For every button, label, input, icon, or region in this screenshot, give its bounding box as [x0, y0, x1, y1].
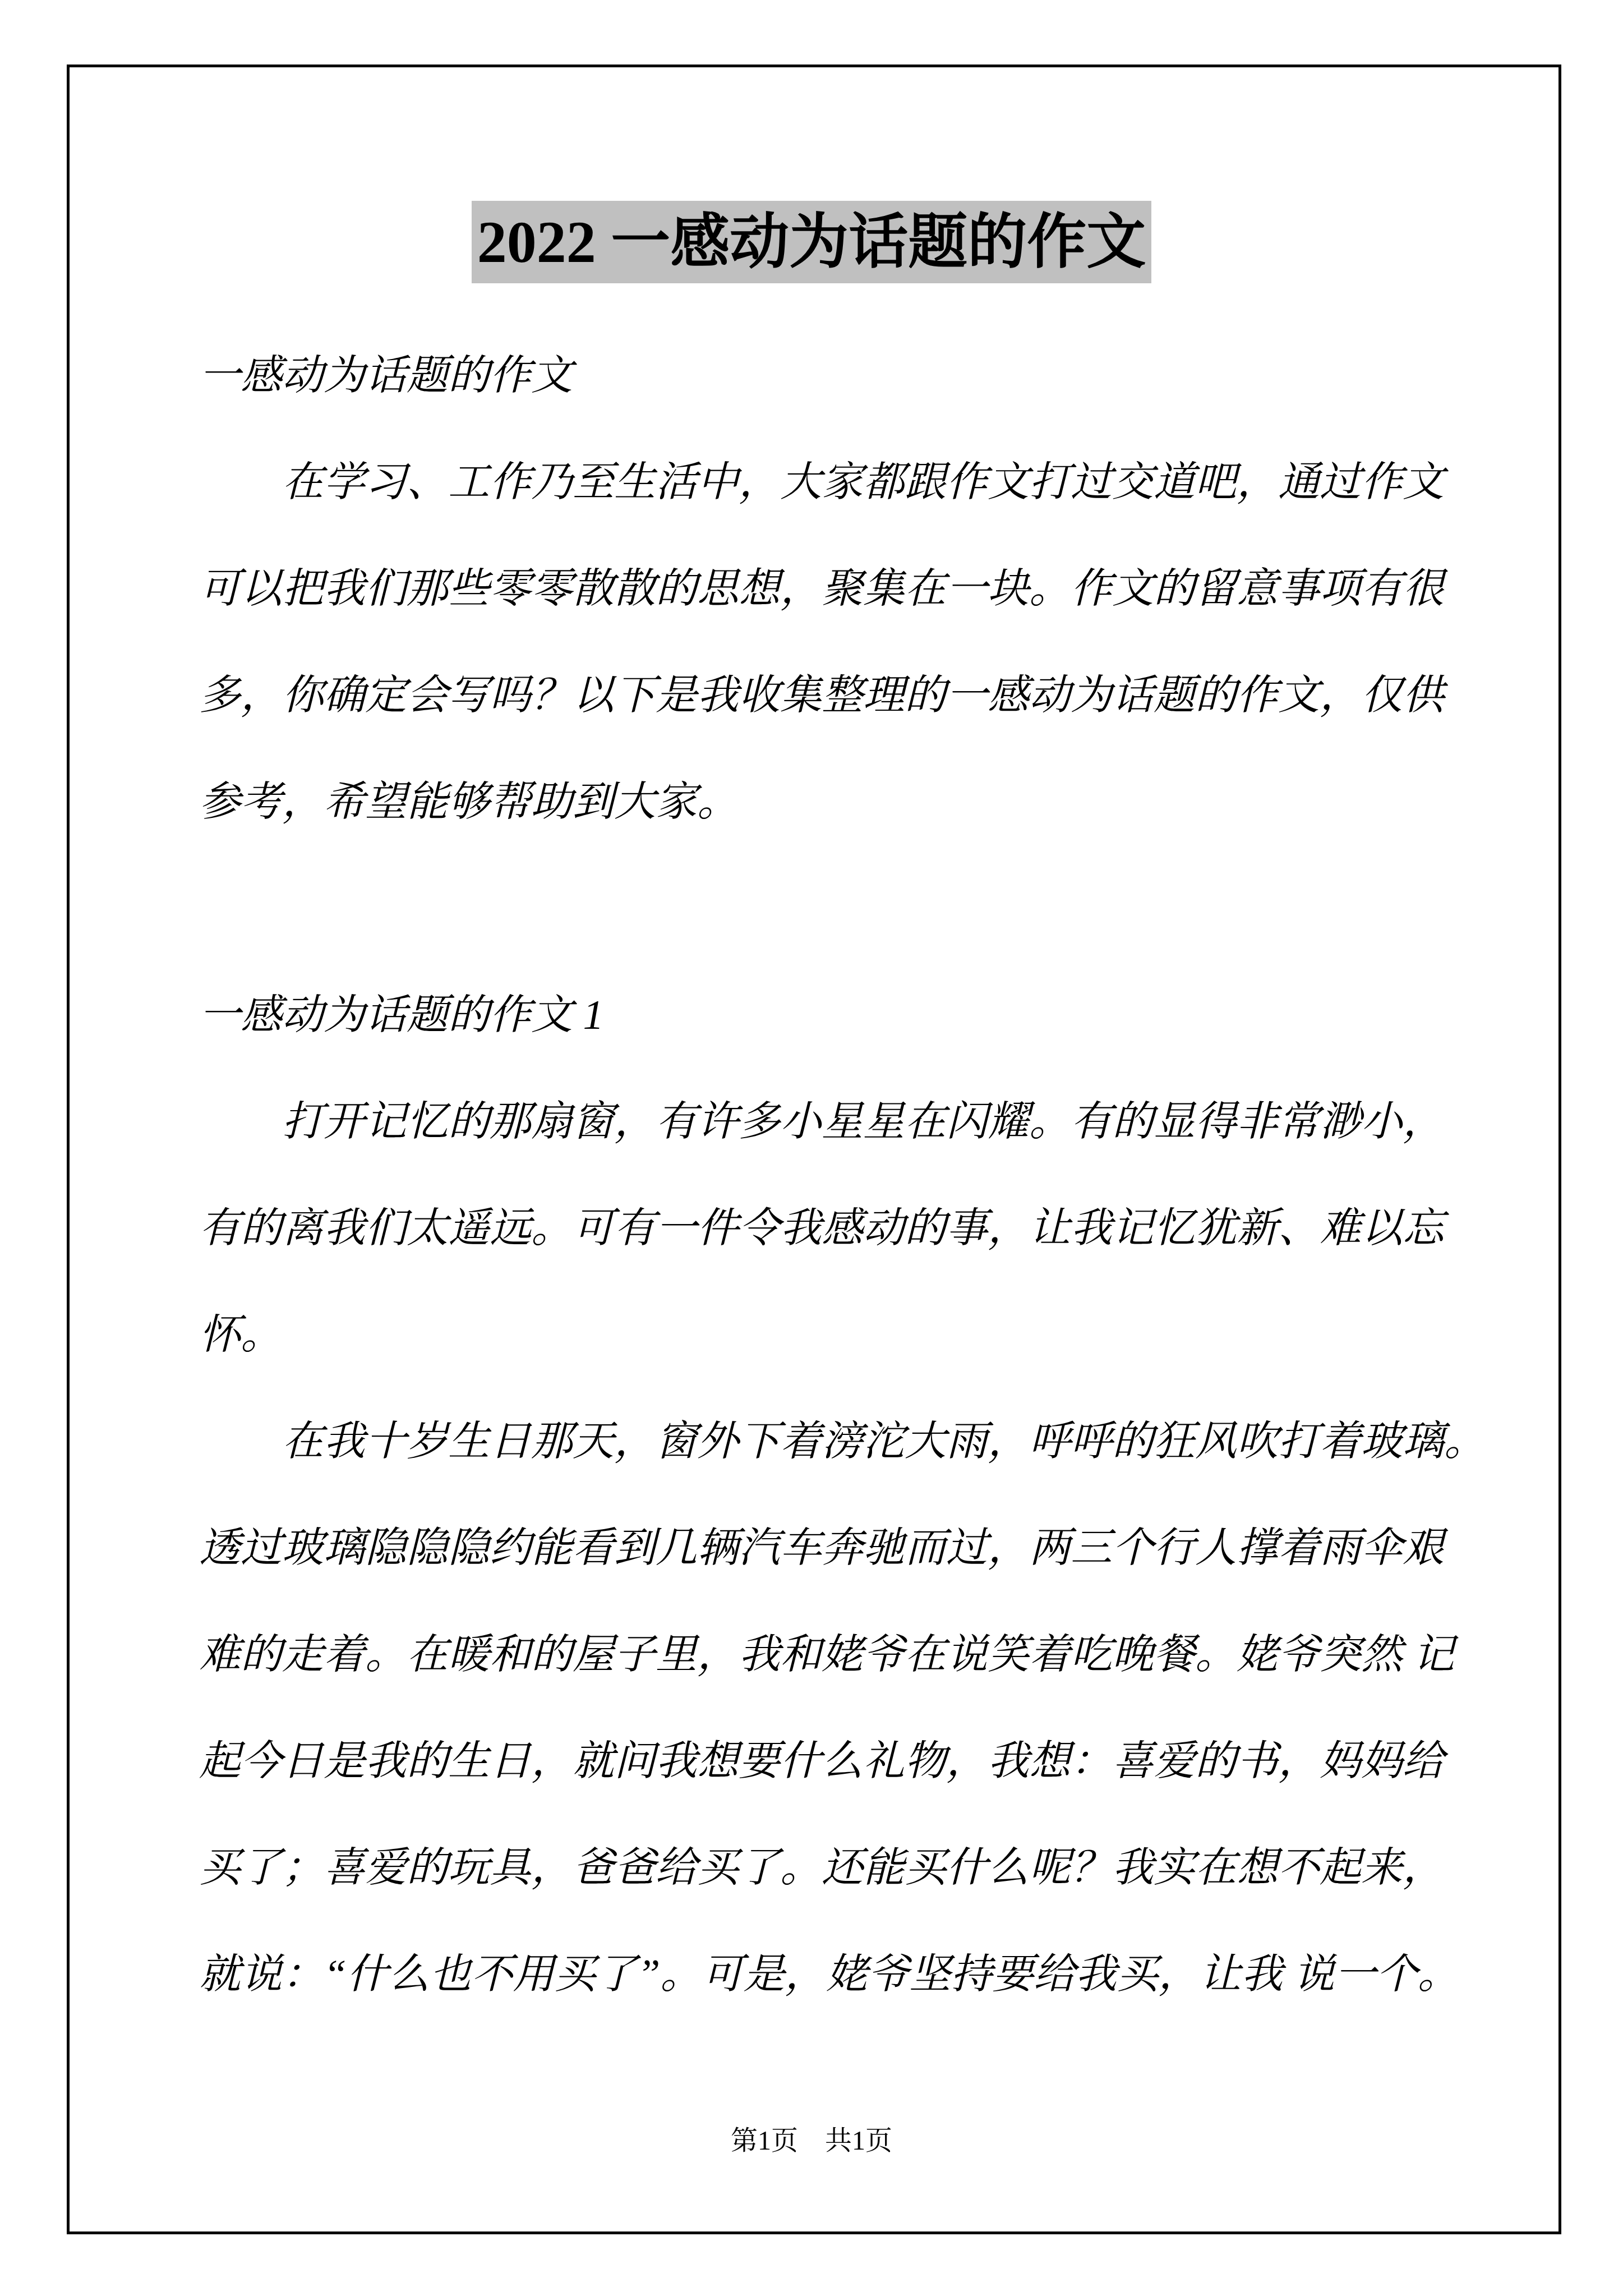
text-line: 就说：“什么也不用买了”。可是，姥爷坚持要给我买，让我 说一个。 — [199, 1921, 1450, 2028]
text-line: 打开记忆的那扇窗，有许多小星星在闪耀。有的显得非常渺小， — [199, 1069, 1450, 1175]
text-line: 透过玻璃隐隐隐约能看到几辆汽车奔驰而过，两三个行人撑着雨伞艰 — [199, 1495, 1450, 1602]
text-line: 参考，希望能够帮助到大家。 — [199, 749, 1450, 855]
text-line: 买了；喜爱的玩具，爸爸给买了。还能买什么呢？我实在想不起来， — [199, 1815, 1450, 1921]
title-row: 2022 一感动为话题的作文 — [0, 201, 1623, 283]
text-line: 有的离我们太遥远。可有一件令我感动的事，让我记忆犹新、难以忘 — [199, 1175, 1450, 1282]
text-line: 在学习、工作乃至生活中，大家都跟作文打过交道吧，通过作文 — [199, 429, 1450, 536]
section-heading: 一感动为话题的作文 1 — [199, 962, 1450, 1069]
text-line: 难的走着。在暖和的屋子里，我和姥爷在说笑着吃晚餐。姥爷突然 记 — [199, 1602, 1450, 1708]
blank-line — [199, 855, 1450, 962]
body-text: 一感动为话题的作文 在学习、工作乃至生活中，大家都跟作文打过交道吧，通过作文 可… — [199, 323, 1450, 2028]
document-title: 2022 一感动为话题的作文 — [472, 201, 1152, 283]
text-line: 多，你确定会写吗？以下是我收集整理的一感动为话题的作文，仅供 — [199, 642, 1450, 749]
text-line: 可以把我们那些零零散散的思想，聚集在一块。作文的留意事项有很 — [199, 536, 1450, 642]
text-line: 起今日是我的生日，就问我想要什么礼物，我想：喜爱的书，妈妈给 — [199, 1708, 1450, 1815]
text-line: 在我十岁生日那天，窗外下着滂沱大雨，呼呼的狂风吹打着玻璃。 — [199, 1388, 1450, 1495]
page-number-footer: 第1页 共1页 — [0, 2124, 1623, 2158]
document-page: 2022 一感动为话题的作文 一感动为话题的作文 在学习、工作乃至生活中，大家都… — [0, 0, 1623, 2296]
text-line: 怀。 — [199, 1282, 1450, 1388]
paragraph-heading: 一感动为话题的作文 — [199, 323, 1450, 429]
